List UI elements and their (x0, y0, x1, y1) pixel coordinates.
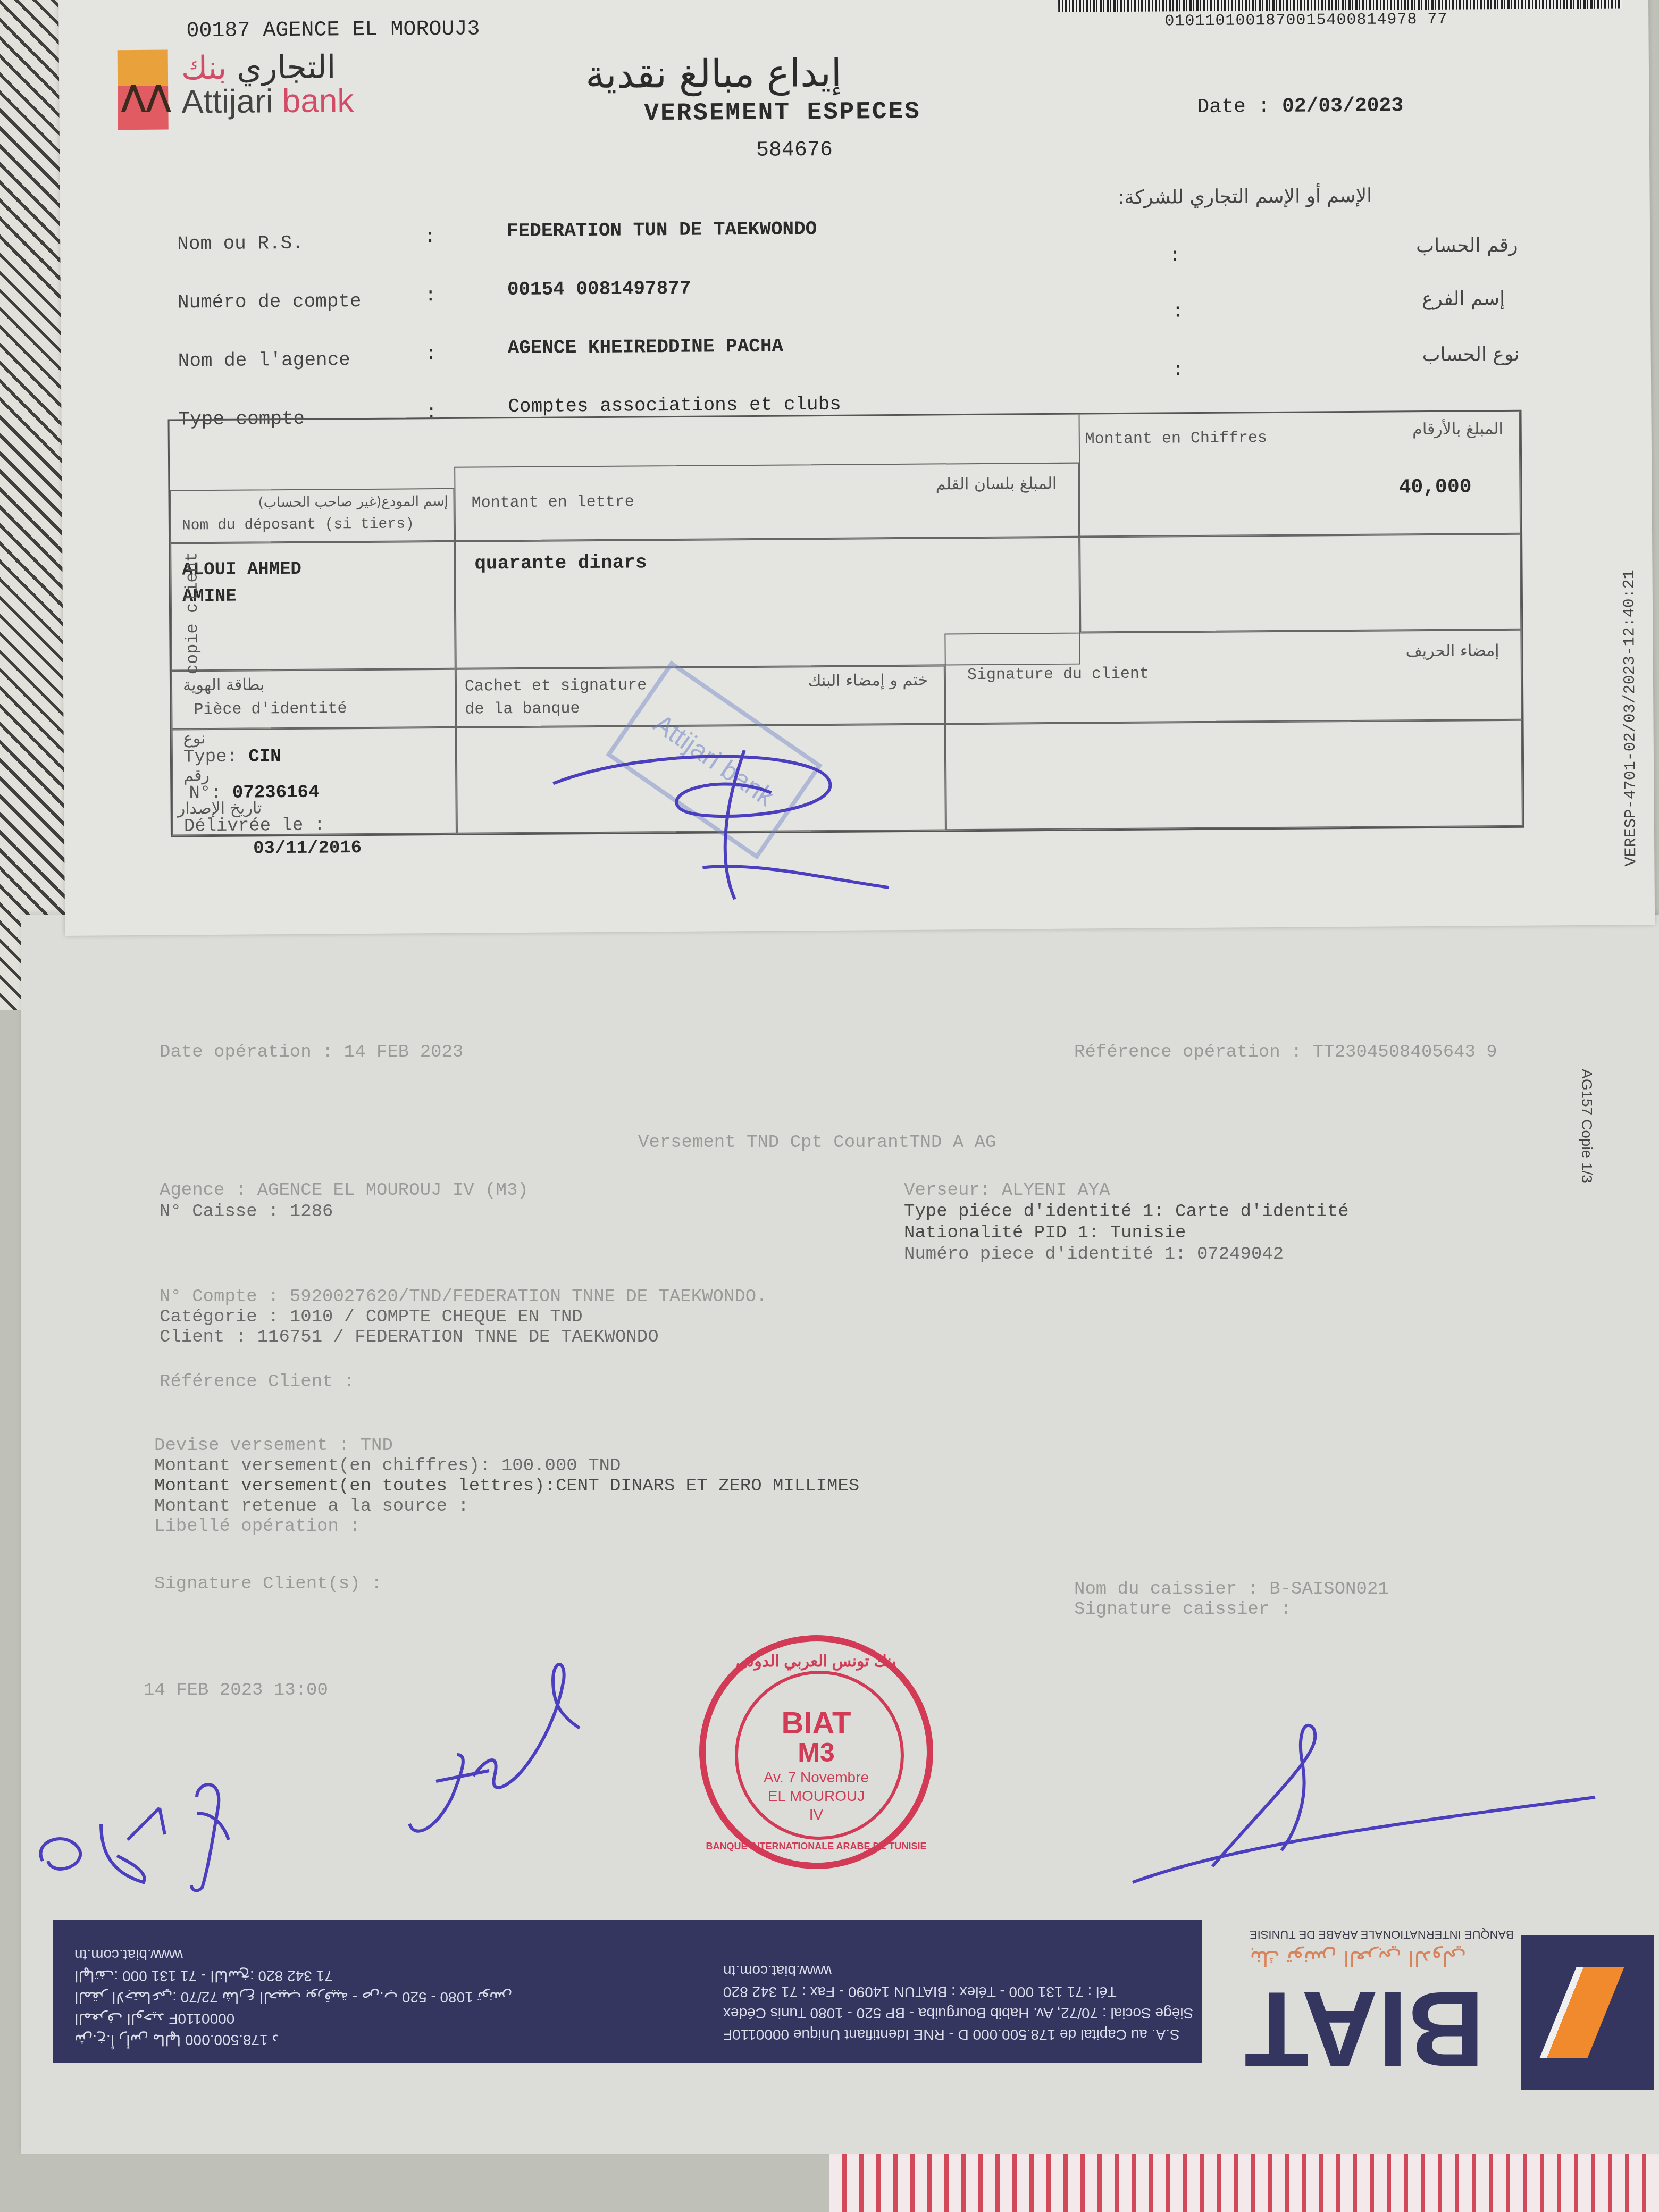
footer-ar-3: المقر الاجتماعي: 72/70 شارع الحبيب بورقي… (74, 1989, 512, 2006)
copy-client-label: copie client (182, 552, 203, 675)
field-ar-type: نوع الحساب (1422, 343, 1520, 366)
verseur-line: Verseur: ALYENI AYA (904, 1180, 1110, 1201)
field-value-type: Comptes associations et clubs (508, 393, 841, 417)
signature-caissier-label: Signature caissier : (1074, 1599, 1291, 1620)
depositor-value-cell: ALOUI AHMED AMINE (170, 541, 456, 671)
stamp-line-5: IV (706, 1806, 927, 1823)
id-date-label-ar: تاريخ الإصدار (178, 799, 262, 818)
bank-signature (542, 701, 916, 917)
id-details-cell: نوع Type: CIN رقم N°: 07236164 تاريخ الإ… (172, 727, 457, 836)
document-number: 584676 (756, 138, 833, 163)
id-type-label: Type: (183, 747, 238, 768)
nationalite-line: Nationalité PID 1: Tunisie (904, 1223, 1186, 1243)
nom-caissier: Nom du caissier : B-SAISON021 (1074, 1579, 1389, 1599)
field-ar-nom: الإسم أو الإسم التجاري للشركة: (1118, 185, 1372, 208)
amount-words-value: quarante dinars (474, 551, 647, 574)
amount-words-header: Montant en lettre المبلغ بلسان القلم (454, 463, 1079, 541)
id-label-fr: Pièce d'identité (194, 700, 347, 719)
id-header: بطاقة الهوية Pièce d'identité (171, 669, 456, 730)
depositor-label-ar: إسم المودع(غير صاحب الحساب) (258, 493, 448, 510)
stamp-line-2: M3 (706, 1737, 927, 1768)
field-label-agence: Nom de l'agence (178, 349, 350, 372)
signature-1 (21, 1702, 266, 1893)
brand-latin-accent: bank (282, 82, 354, 120)
background-stripes (829, 2148, 1659, 2212)
footer-line-4: www.biat.com.tn (723, 1962, 832, 1979)
stamp-line-4: EL MOUROUJ (706, 1788, 927, 1805)
categorie-line: Catégorie : 1010 / COMPTE CHEQUE EN TND (160, 1307, 583, 1327)
amount-figures-label-fr: Montant en Chiffres (1085, 429, 1267, 448)
biat-footer-band: S.A. au Capital de 178.500.000 D - RNE I… (53, 1920, 1202, 2063)
compte-line: N° Compte : 5920027620/TND/FEDERATION TN… (160, 1287, 767, 1307)
date-value: 02/03/2023 (1282, 94, 1403, 118)
colon: : (1172, 359, 1184, 381)
amount-words-label-fr: Montant en lettre (472, 493, 634, 512)
footer-line-1: S.A. au Capital de 178.500.000 D - RNE I… (723, 2026, 1180, 2043)
biat-logo-icon (1521, 1935, 1654, 2090)
stamp-ring-ar: بنك تونس العربي الدولي (706, 1652, 927, 1671)
colon: : (425, 343, 437, 365)
signature-client-label: Signature Client(s) : (154, 1574, 382, 1594)
biat-slash-icon (1540, 1967, 1624, 2058)
field-ar-compte: رقم الحساب (1416, 234, 1518, 257)
id-label-ar: بطاقة الهوية (183, 675, 265, 694)
montant-chiffres: Montant versement(en chiffres): 100.000 … (154, 1456, 621, 1476)
date-operation: Date opération : 14 FEB 2023 (160, 1042, 463, 1062)
date-label: Date : (1197, 95, 1270, 119)
field-ar-agence: إسم الفرع (1422, 288, 1505, 310)
document-reference-vertical: VERESP-4701-02/03/2023-12:40:21 (1621, 569, 1641, 866)
brand-ar-main: التجاري (237, 48, 336, 86)
amount-figures-label-ar: المبلغ بالأرقام (1412, 420, 1503, 439)
barcode-number: 0101101001870015400814978 77 (1164, 11, 1447, 31)
client-line: Client : 116751 / FEDERATION TNNE DE TAE… (160, 1327, 659, 1347)
id-type-label-ar: نوع (183, 729, 206, 748)
agence-line: Agence : AGENCE EL MOUROUJ IV (M3) (160, 1180, 529, 1201)
footer-line-3: Tél : 71 131 000 - Télex : BIATUN 14090 … (723, 1983, 1117, 2000)
caisse-line: N° Caisse : 1286 (160, 1202, 333, 1222)
client-sign-area (945, 720, 1523, 831)
footer-ar-2: المعرف الوحيد 0000110F (74, 2010, 234, 2027)
copy-label: AG157 Copie 1/3 (1578, 1069, 1595, 1183)
type-piece-line: Type piéce d'identité 1: Carte d'identit… (904, 1202, 1349, 1222)
brand-ar-accent: بنك (181, 49, 227, 87)
client-sign-header: Signature du client إمضاء الحريف (944, 630, 1522, 724)
numero-piece-line: Numéro piece d'identité 1: 07249042 (904, 1244, 1284, 1264)
biat-red-stamp: BIAT M3 Av. 7 Novembre EL MOUROUJ IV بنك… (699, 1635, 933, 1869)
attijari-deposit-slip: 00187 AGENCE EL MOROUJ3 0101101001870015… (58, 0, 1655, 936)
id-date-label: Délivrée le : (184, 816, 325, 837)
footer-ar-5: www.biat.com.tn (74, 1946, 183, 1963)
client-sign-label-ar: إمضاء الحريف (1405, 641, 1499, 660)
stamp-ring-fr: BANQUE INTERNATIONALE ARABE DE TUNISIE (706, 1841, 927, 1852)
agency-header: 00187 AGENCE EL MOROUJ3 (186, 17, 480, 43)
biat-logo-word: BIAT (1244, 1967, 1485, 2090)
client-sign-label-fr: Signature du client (967, 665, 1149, 684)
bank-sign-label-ar: ختم و إمضاء البنك (808, 671, 928, 691)
zigzag-icon: ⋀⋀ (121, 79, 171, 114)
barcode (1058, 0, 1622, 12)
amount-figures-cell: Montant en Chiffres المبلغ بالأرقام 40,0… (1078, 412, 1521, 537)
operation-title: Versement TND Cpt CourantTND A AG (638, 1133, 996, 1153)
colon: : (1172, 300, 1184, 322)
colon: : (1169, 245, 1180, 266)
brand-latin-main: Attijari (181, 83, 273, 120)
field-value-nom: FEDERATION TUN DE TAEKWONDO (507, 218, 817, 242)
field-value-agence: AGENCE KHEIREDDINE PACHA (507, 336, 783, 359)
brand-latin: Attijari bank (181, 82, 354, 121)
depositor-header: إسم المودع(غير صاحب الحساب) Nom du dépos… (170, 488, 455, 543)
colon: : (425, 284, 437, 306)
footer-line-2: Siège Social : 70/72, Av. Habib Bourguib… (723, 2005, 1193, 2022)
timestamp: 14 FEB 2023 13:00 (144, 1680, 328, 1700)
title-arabic: إيداع مبالغ نقدية (585, 51, 842, 97)
field-label-nom: Nom ou R.S. (177, 232, 304, 255)
amount-figures-body (1079, 534, 1521, 633)
brand-arabic: التجاري بنك (181, 48, 336, 87)
date-field: Date : 02/03/2023 (1197, 94, 1403, 119)
footer-ar-4: الهاتف: 000 131 71 - الناسخ: 820 342 71 (74, 1967, 333, 1985)
stamp-line-3: Av. 7 Novembre (706, 1769, 927, 1786)
id-type-row: Type: CIN (183, 747, 281, 767)
montant-lettres: Montant versement(en toutes lettres):CEN… (154, 1476, 859, 1496)
field-value-compte: 00154 0081497877 (507, 278, 691, 300)
depositor-label-fr: Nom du déposant (si tiers) (182, 516, 414, 534)
reference-client: Référence Client : (160, 1372, 355, 1392)
biat-tagline-fr: BANQUE INTERNATIONALE ARABE DE TUNISIE (1250, 1928, 1514, 1941)
amount-words-label-ar: المبلغ بلسان القلم (936, 474, 1057, 494)
colon: : (424, 226, 436, 248)
title-french: VERSEMENT ESPECES (644, 98, 921, 128)
retenue-line: Montant retenue a la source : (154, 1496, 469, 1516)
amount-figures-value: 40,000 (1398, 475, 1471, 499)
reference-operation: Référence opération : TT2304508405643 9 (1074, 1042, 1497, 1062)
id-type-value: CIN (248, 747, 281, 767)
attijari-logo-icon: ⋀⋀ (118, 50, 169, 130)
id-date-value: 03/11/2016 (253, 838, 362, 859)
bank-sign-label-1: Cachet et signature (465, 676, 647, 696)
id-num-label-ar: رقم (183, 766, 210, 785)
footer-ar-1: ش.خ.أ رأس مالها 178.500.000 د (74, 2031, 279, 2049)
field-label-compte: Numéro de compte (178, 290, 362, 313)
signature-cashier (1127, 1717, 1606, 1893)
stamp-line-1: BIAT (706, 1705, 927, 1741)
signature-2 (404, 1648, 606, 1850)
libelle-line: Libellé opération : (154, 1516, 361, 1537)
devise-line: Devise versement : TND (154, 1436, 393, 1456)
